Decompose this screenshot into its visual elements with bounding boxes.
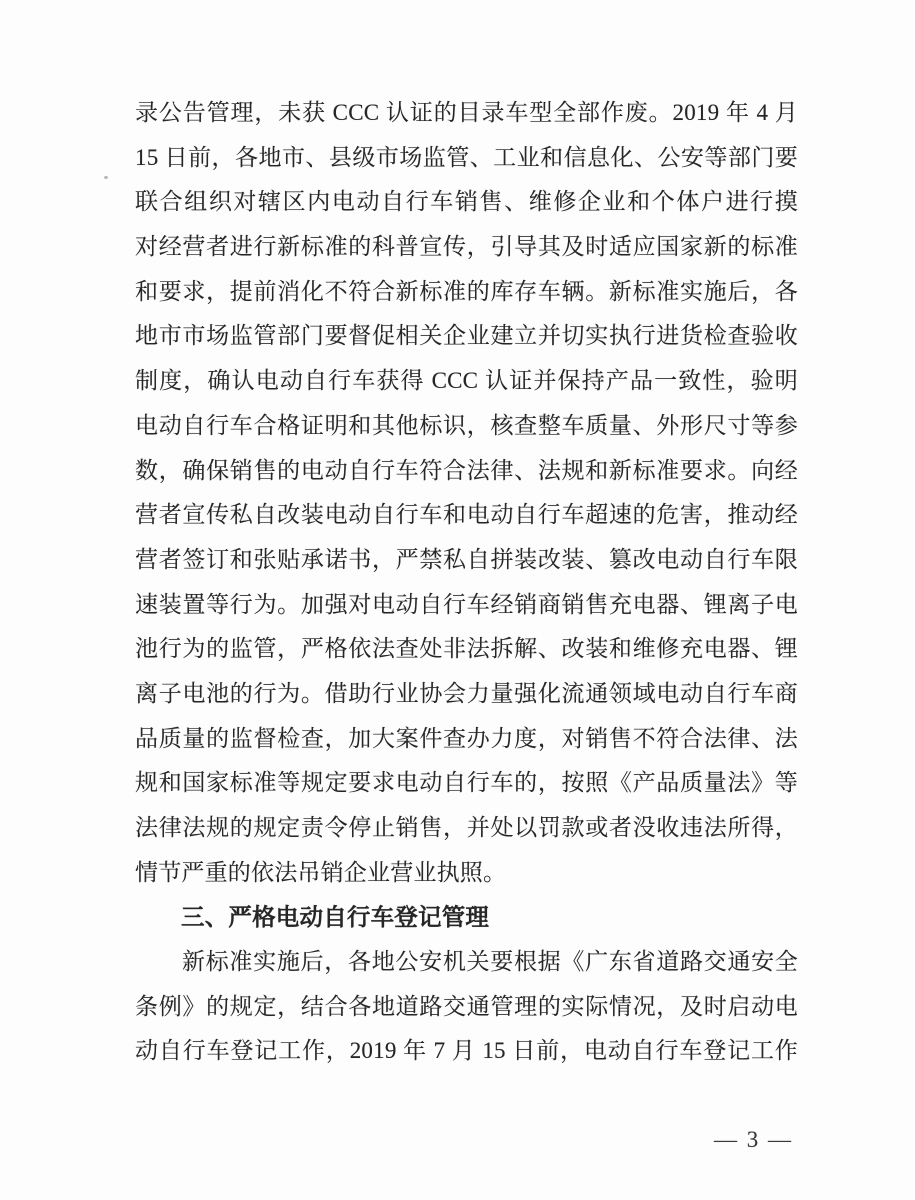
text-line: 动自行车登记工作，2019 年 7 月 15 日前，电动自行车登记工作 — [135, 1029, 798, 1074]
text-line: 规和国家标准等规定要求电动自行车的，按照《产品质量法》等 — [135, 761, 798, 806]
text-line: 电动自行车合格证明和其他标识，核查整车质量、外形尺寸等参 — [135, 404, 798, 449]
text-line: 池行为的监管，严格依法查处非法拆解、改装和维修充电器、锂 — [135, 627, 798, 672]
text-line: 情节严重的依法吊销企业营业执照。 — [135, 851, 798, 896]
document-text-block: 录公告管理，未获 CCC 认证的目录车型全部作废。2019 年 4 月 15 日… — [135, 91, 798, 1074]
text-line: 速装置等行为。加强对电动自行车经销商销售充电器、锂离子电 — [135, 583, 798, 628]
text-line: 制度，确认电动自行车获得 CCC 认证并保持产品一致性，验明 — [135, 359, 798, 404]
text-line: 联合组织对辖区内电动自行车销售、维修企业和个体户进行摸查， — [135, 180, 798, 225]
text-line: 品质量的监督检查，加大案件查办力度，对销售不符合法律、法 — [135, 717, 798, 762]
text-line: 对经营者进行新标准的科普宣传，引导其及时适应国家新的标准 — [135, 225, 798, 270]
text-line: 和要求，提前消化不符合新标准的库存车辆。新标准实施后，各 — [135, 270, 798, 315]
text-line: 新标准实施后，各地公安机关要根据《广东省道路交通安全 — [135, 940, 798, 985]
text-line: 营者签订和张贴承诺书，严禁私自拼装改装、篡改电动自行车限 — [135, 538, 798, 583]
text-line: 录公告管理，未获 CCC 认证的目录车型全部作废。2019 年 4 月 — [135, 91, 798, 136]
text-line: 地市市场监管部门要督促相关企业建立并切实执行进货检查验收 — [135, 314, 798, 359]
scanned-document-page: 录公告管理，未获 CCC 认证的目录车型全部作废。2019 年 4 月 15 日… — [0, 0, 915, 1200]
text-line: 营者宣传私自改装电动自行车和电动自行车超速的危害，推动经 — [135, 493, 798, 538]
text-line: 法律法规的规定责令停止销售，并处以罚款或者没收违法所得， — [135, 806, 798, 851]
section-heading: 三、严格电动自行车登记管理 — [135, 895, 798, 940]
text-line: 数，确保销售的电动自行车符合法律、法规和新标准要求。向经 — [135, 449, 798, 494]
text-line: 离子电池的行为。借助行业协会力量强化流通领域电动自行车商 — [135, 672, 798, 717]
text-line: 条例》的规定，结合各地道路交通管理的实际情况，及时启动电 — [135, 985, 798, 1030]
page-number: — 3 — — [714, 1126, 793, 1154]
scan-speckle — [104, 176, 108, 179]
text-line: 15 日前，各地市、县级市场监管、工业和信息化、公安等部门要 — [135, 136, 798, 181]
